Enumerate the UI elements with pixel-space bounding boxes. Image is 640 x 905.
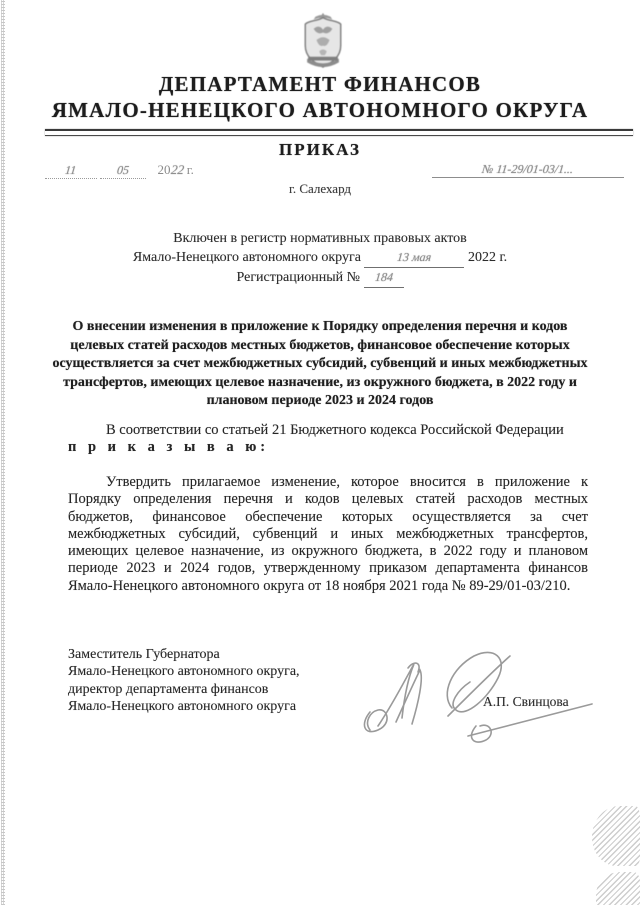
- date-month-handwritten: 05: [116, 163, 130, 178]
- position-line: директор департамента финансов: [68, 681, 368, 698]
- signatory-name: А.П. Свинцова: [483, 694, 569, 710]
- registration-line2: Ямало-Ненецкого автономного округа 13 ма…: [0, 248, 640, 268]
- date-year-handwritten: 22: [170, 162, 185, 178]
- order-body-paragraph: Утвердить прилагаемое изменение, которое…: [68, 474, 588, 595]
- registration-line3: Регистрационный № 184: [0, 268, 640, 288]
- registration-date-handwritten: 13 мая: [396, 248, 432, 266]
- legal-basis-paragraph: В соответствии со статьей 21 Бюджетного …: [68, 422, 588, 457]
- org-name-line1: ДЕПАРТАМЕНТ ФИНАНСОВ: [0, 72, 640, 97]
- date-year-suffix: г.: [187, 162, 194, 177]
- scan-artifact-left-edge: [1, 0, 5, 905]
- org-name-line2: ЯМАЛО-НЕНЕЦКОГО АВТОНОМНОГО ОКРУГА: [0, 98, 640, 123]
- position-line: Заместитель Губернатора: [68, 646, 368, 663]
- doc-type-heading: ПРИКАЗ: [0, 140, 640, 160]
- order-keyword: п р и к а з ы в а ю:: [68, 439, 269, 455]
- scanned-order-document: ДЕПАРТАМЕНТ ФИНАНСОВ ЯМАЛО-НЕНЕЦКОГО АВТ…: [0, 0, 640, 905]
- issue-date: 11 05 2022 г.: [45, 162, 194, 179]
- registration-line1: Включен в регистр нормативных правовых а…: [0, 230, 640, 248]
- handwritten-signature: [348, 634, 596, 752]
- order-number-line: № 11-29/01-03/1...: [432, 162, 624, 178]
- registration-stamp: Включен в регистр нормативных правовых а…: [0, 230, 640, 288]
- header-divider: [45, 129, 633, 136]
- document-title: О внесении изменения в приложение к Поря…: [52, 318, 588, 411]
- issue-place: г. Салехард: [0, 181, 640, 197]
- signatory-position: Заместитель Губернатора Ямало-Ненецкого …: [68, 646, 368, 716]
- order-number-handwritten: № 11-29/01-03/1...: [482, 162, 575, 177]
- date-year-prefix: 20: [158, 162, 171, 177]
- coat-of-arms-icon: [295, 10, 351, 70]
- position-line: Ямало-Ненецкого автономного округа,: [68, 663, 368, 680]
- scan-artifact-hatch-blob-1: [592, 806, 640, 866]
- scan-artifact-hatch-blob-2: [596, 872, 640, 905]
- position-line: Ямало-Ненецкого автономного округа: [68, 698, 368, 715]
- date-day-handwritten: 11: [65, 163, 78, 178]
- registration-number-handwritten: 184: [374, 268, 394, 286]
